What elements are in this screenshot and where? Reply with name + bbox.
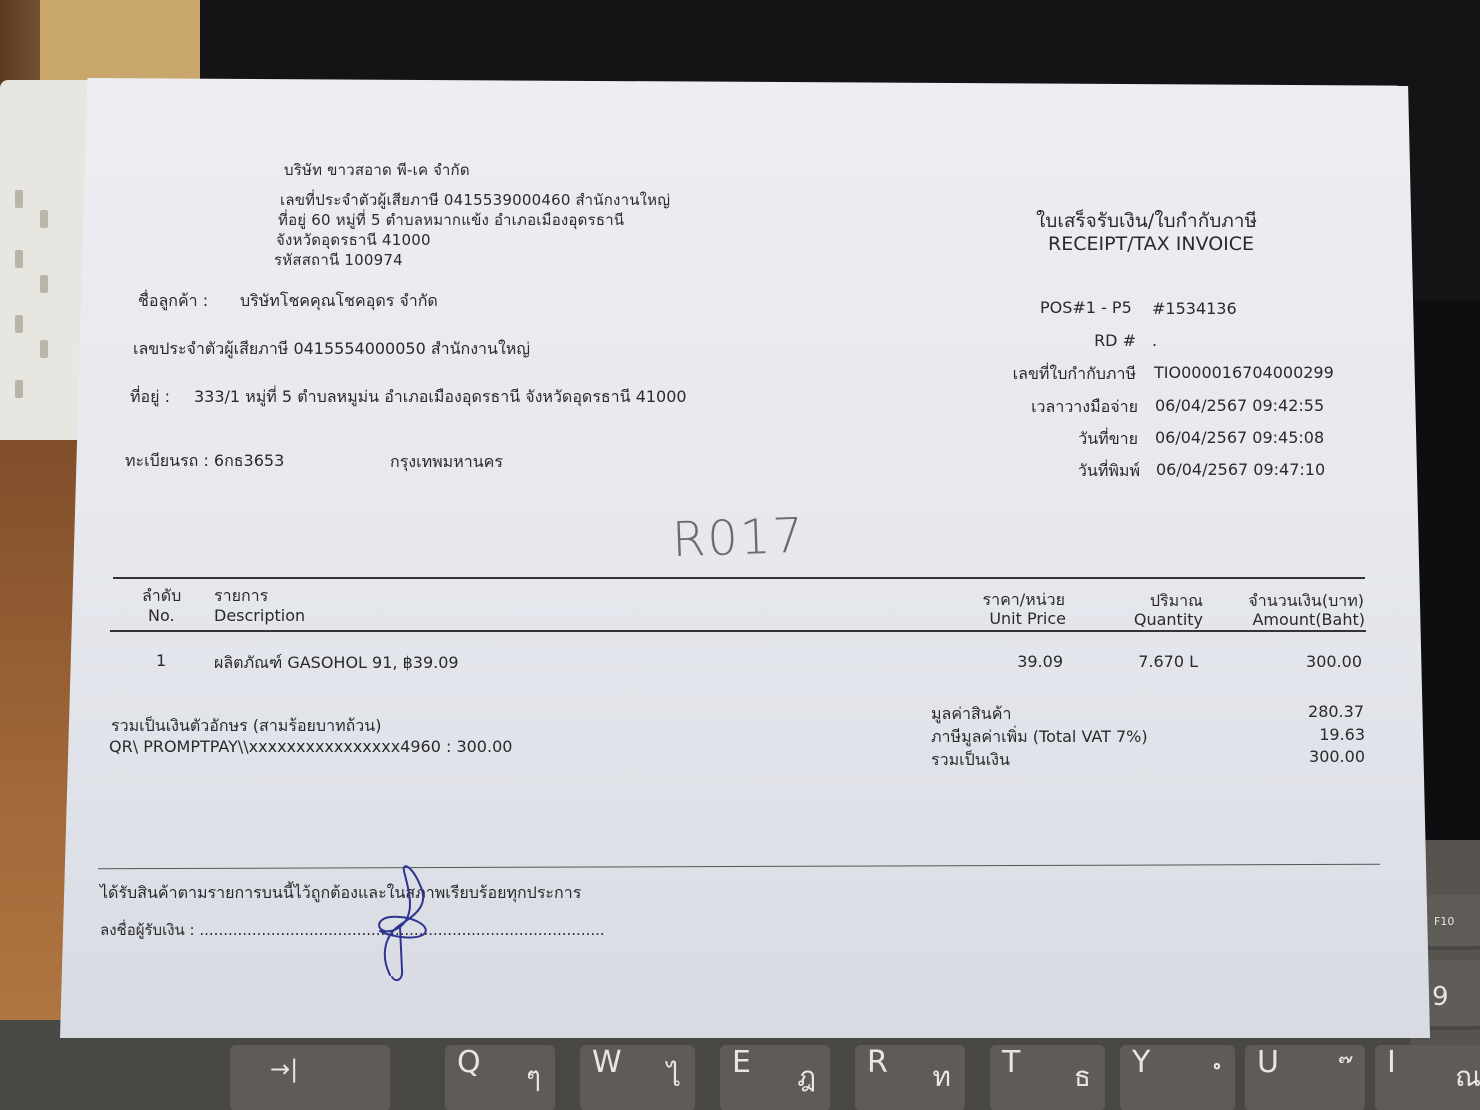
- customer-name: บริษัทโชคคุณโชคอุดร จำกัด: [240, 289, 438, 314]
- receipt-content: บริษัท ขาวสอาด พี-เค จำกัด เลขที่ประจำตั…: [0, 0, 1480, 1110]
- print-date-value: 06/04/2567 09:47:10: [1156, 460, 1325, 479]
- tax-invoice-label: เลขที่ใบกำกับภาษี: [996, 362, 1136, 387]
- vehicle-plate: ทะเบียนรถ : 6กธ3653: [125, 449, 284, 474]
- vat-value: 19.63: [1230, 725, 1365, 744]
- customer-address: 333/1 หมู่ที่ 5 ตำบลหมูม่น อำเภอเมืองอุด…: [194, 385, 687, 410]
- header-amount-en: Amount(Baht): [1210, 610, 1365, 629]
- pos-label: POS#1 - P5: [1040, 298, 1132, 317]
- tax-invoice-value: TIO000016704000299: [1154, 363, 1334, 382]
- print-date-label: วันที่พิมพ์: [1000, 459, 1140, 484]
- nozzle-time-label: เวลาวางมือจ่าย: [998, 395, 1138, 420]
- subtotal-label: มูลค่าสินค้า: [931, 702, 1011, 727]
- vehicle-province: กรุงเทพมหานคร: [390, 450, 503, 475]
- total-label: รวมเป็นเงิน: [931, 748, 1010, 773]
- sale-date-label: วันที่ขาย: [998, 427, 1138, 452]
- customer-tax-id: เลขประจำตัวผู้เสียภาษี 0415554000050 สำน…: [133, 337, 530, 362]
- header-no-en: No.: [148, 606, 175, 625]
- footer-rule: [98, 864, 1380, 869]
- document-title-th: ใบเสร็จรับเงิน/ใบกำกับภาษี: [1036, 206, 1257, 236]
- vat-label: ภาษีมูลค่าเพิ่ม (Total VAT 7%): [931, 725, 1148, 750]
- rd-value: .: [1152, 331, 1157, 350]
- row-unit-price: 39.09: [940, 652, 1063, 671]
- document-title-en: RECEIPT/TAX INVOICE: [1048, 233, 1254, 255]
- total-value: 300.00: [1230, 747, 1365, 766]
- amount-in-words: รวมเป็นเงินตัวอักษร (สามร้อยบาทถ้วน): [111, 714, 381, 739]
- payment-line: QR\ PROMPTPAY\\xxxxxxxxxxxxxxxx4960 : 30…: [109, 737, 512, 756]
- customer-name-label: ชื่อลูกค้า :: [138, 289, 208, 314]
- acknowledgement-text: ได้รับสินค้าตามรายการบนนี้ไว้ถูกต้องและใ…: [100, 881, 581, 906]
- rd-label: RD #: [996, 331, 1136, 350]
- signature-mark: [360, 855, 440, 985]
- header-price-en: Unit Price: [940, 609, 1066, 628]
- row-description: ผลิตภัณฑ์ GASOHOL 91, ฿39.09: [214, 651, 459, 676]
- seller-station-code: รหัสสถานี 100974: [274, 248, 403, 272]
- customer-address-label: ที่อยู่ :: [130, 385, 170, 410]
- subtotal-value: 280.37: [1230, 702, 1364, 721]
- table-top-rule: [113, 577, 1365, 579]
- row-quantity: 7.670 L: [1080, 652, 1198, 671]
- signature-line: ลงชื่อผู้รับเงิน : .....................…: [100, 918, 605, 942]
- pos-number: #1534136: [1152, 299, 1237, 318]
- row-no: 1: [156, 651, 166, 670]
- header-qty-en: Quantity: [1080, 610, 1203, 629]
- table-header-rule: [110, 630, 1366, 632]
- seller-name: บริษัท ขาวสอาด พี-เค จำกัด: [284, 158, 470, 182]
- row-amount: 300.00: [1210, 652, 1362, 671]
- handwritten-note: R017: [671, 508, 806, 569]
- header-desc-en: Description: [214, 606, 305, 625]
- sale-date-value: 06/04/2567 09:45:08: [1155, 428, 1324, 447]
- nozzle-time-value: 06/04/2567 09:42:55: [1155, 396, 1324, 415]
